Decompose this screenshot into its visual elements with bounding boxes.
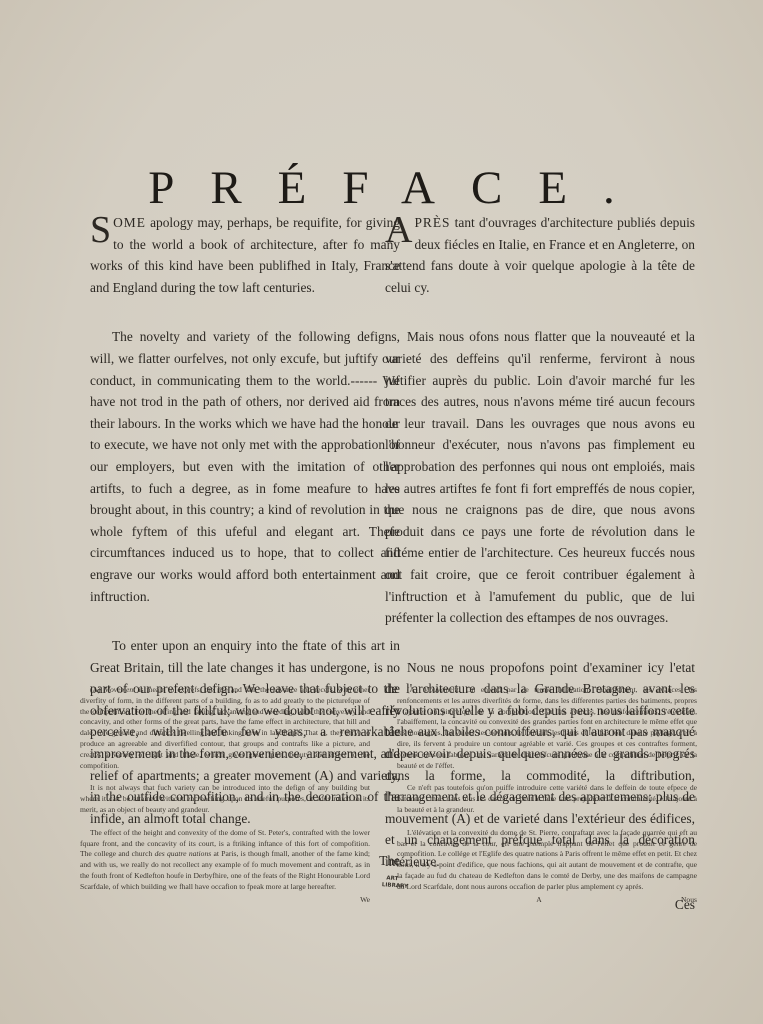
french-paragraph-2: Mais nous ofons nous flatter que la nouv… [385,326,695,628]
french-footnotes: (A) Mouvement. On entend par ce terme l'… [397,685,697,905]
page-title: PRÉFACE. [0,161,763,215]
footnote-1: (A) Mouvement. On entend par ce terme l'… [397,685,697,771]
footnote-term: Movement [104,685,136,694]
english-paragraph-2: The novelty and variety of the following… [90,326,400,607]
drop-cap: A [385,215,412,245]
signature-mark: A [536,895,541,906]
footnote-2: It is not always that fuch variety can b… [80,783,370,815]
english-footnotes: (A) Movement is meant to exprefs, the ri… [80,685,370,905]
catchword: Nous [681,895,697,906]
footnote-italic: des quatre nations [155,849,212,858]
footnote-3: L'élévation et la convexité du dome de S… [397,828,697,893]
footnote-1: (A) Movement is meant to exprefs, the ri… [80,685,370,771]
english-paragraph-1: SOME apology may, perhaps, be requifite,… [90,212,400,298]
catchword: We [360,895,370,906]
french-paragraph-1: APRÈS tant d'ouvrages d'architecture pub… [385,212,695,298]
footnote-catchline: We [80,895,370,906]
footnote-3: The effect of the height and convexity o… [80,828,370,893]
footnote-2: Ce n'eft pas toutefois qu'on puiffe intr… [397,783,697,815]
footnote-label: (A) [407,685,418,694]
footnote-term: Mouvement. [423,685,460,694]
library-stamp: ART LIBRARY [382,875,409,891]
footnote-text: On entend par ce terme l'élévation, l'ab… [397,685,697,770]
footnote-label: (A) [90,685,101,694]
footnote-catchline: ANous [397,895,697,906]
footnote-text: is meant to exprefs, the rife and fall, … [80,685,370,770]
lead-word: PRÈS [414,215,450,230]
drop-cap: S [90,215,111,245]
lead-word: OME [113,215,146,230]
